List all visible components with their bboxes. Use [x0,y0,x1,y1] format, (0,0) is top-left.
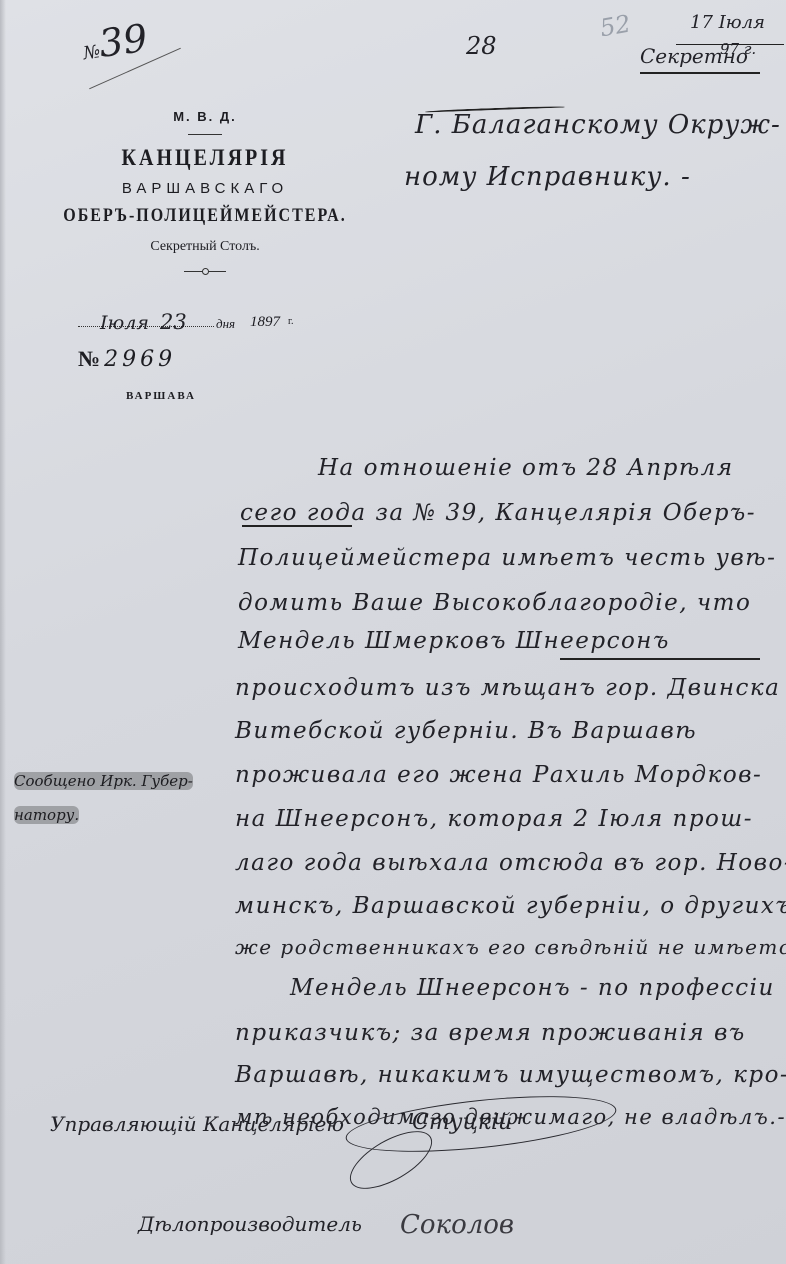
body-line-5: Мендель Шмерковъ Шнеерсонъ [238,628,670,654]
number-value: 2969 [104,347,176,372]
margin-note-line-2: натору. [14,806,79,824]
received-date: 17 Іюля [690,12,765,33]
paper-edge [0,0,6,1264]
outgoing-number: №2969 [78,346,176,372]
body-line-7: Витебской губерніи. Въ Варшавѣ [235,718,697,744]
date-day: 23 [160,310,187,334]
body-line-13: Мендель Шнеерсонъ - по профессіи [290,975,775,1001]
official-title: ОБЕРЪ-ПОЛИЦЕЙМЕЙСТЕРА. [40,205,370,227]
faded-number: 52 [598,10,633,43]
clerk-signature: Соколов [400,1210,514,1240]
manager-label: Управляющій Канцеляріею [50,1112,344,1136]
body-line-12: же родственникахъ его свѣдѣній не имѣетс… [235,935,786,959]
desk-name: Секретный Столъ. [40,239,370,255]
body-line-15: Варшавѣ, никакимъ имуществомъ, кро- [235,1062,786,1088]
body-line-8: проживала его жена Рахиль Мордков- [235,762,762,788]
body-line-6: происходитъ изъ мѣщанъ гор. Двинска [235,675,780,701]
date-year-suffix: г. [288,316,293,327]
body-line-14: приказчикъ; за время проживанія въ [235,1020,746,1046]
registry-mark: №39 [79,16,150,69]
body-line-5-text: Мендель Шмерковъ Шнеерсонъ [238,628,670,654]
body-line-11: минскъ, Варшавской губерніи, о другихъ [235,893,786,919]
ministry-abbrev: М. В. Д. [40,109,370,124]
ornament-divider [184,267,226,276]
margin-note-line-1: Сообщено Ирк. Губер- [14,772,193,790]
file-number: 28 [466,32,497,60]
addressee-line-2: ному Исправнику. - [404,162,691,192]
margin-note-text-2: натору. [14,806,79,824]
body-line-10: лаго года выѣхала отсюда въ гор. Ново- [235,850,786,876]
body-line-9: на Шнеерсонъ, которая 2 Іюля прош- [235,806,753,832]
secret-label: Секретно [640,44,748,68]
body-line-1: На отношеніе отъ 28 Апрѣля [318,455,734,481]
phrase-underline [242,525,352,527]
addressee-line-1: Г. Балаганскому Окруж- [415,110,781,140]
body-line-3: Полицеймейстера имѣетъ честь увѣ- [238,545,776,571]
letterhead-rule [188,134,222,135]
office-title: КАНЦЕЛЯРІЯ [40,145,370,171]
date-year: 1897 [250,314,280,331]
margin-note-text-1: Сообщено Ирк. Губер- [14,772,193,790]
clerk-label: Дѣлопроизводитель [138,1212,362,1236]
office-of: ВАРШАВСКАГО [40,180,370,197]
number-symbol: № [78,346,100,371]
secret-label-underline [640,72,760,74]
city: ВАРШАВА [126,390,196,402]
body-line-2: сего года за № 39, Канцелярія Оберъ- [240,500,756,526]
letterhead: М. В. Д. КАНЦЕЛЯРІЯ ВАРШАВСКАГО ОБЕРЪ-ПО… [40,95,370,276]
registry-mark-number: 39 [96,16,150,66]
surname-underline [560,658,760,660]
letter-date: Іюля 23 дня 1897 г. [78,312,298,334]
date-day-label: дня [216,316,235,332]
date-month: Іюля [100,312,149,334]
body-line-4: домить Ваше Высокоблагородіе, что [238,590,751,616]
